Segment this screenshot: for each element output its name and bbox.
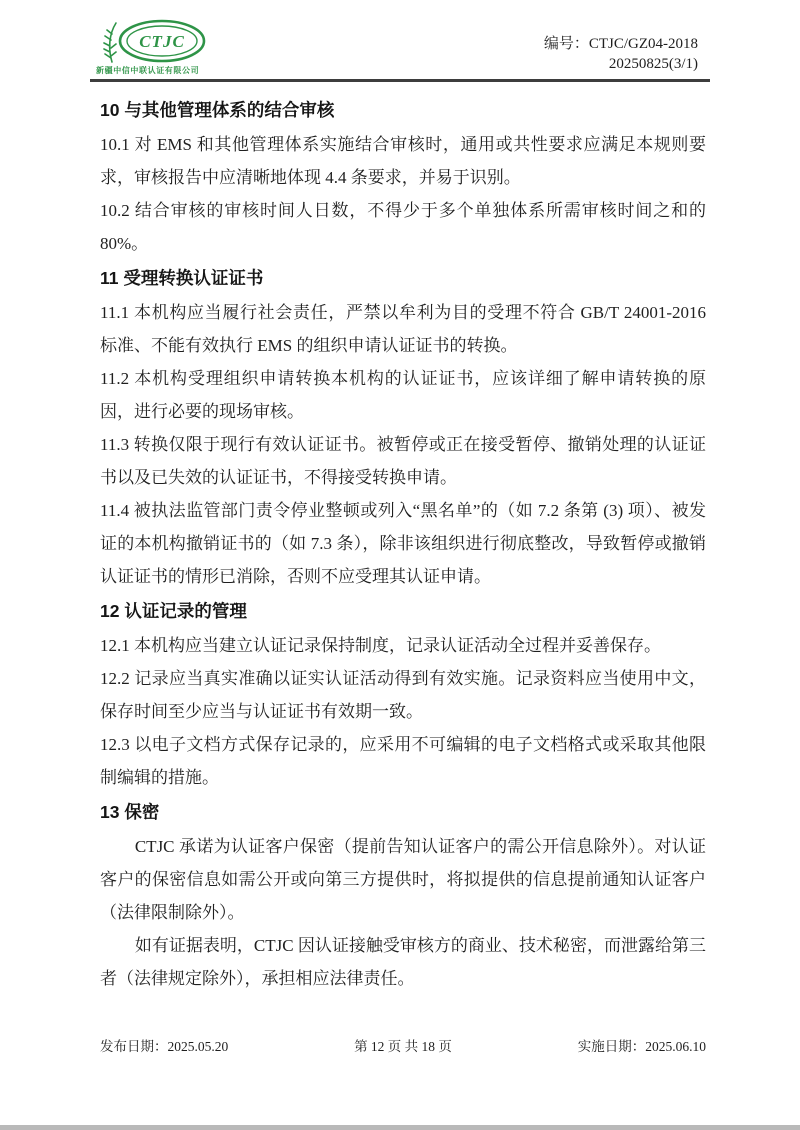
- paragraph-11-3: 11.3 转换仅限于现行有效认证证书。被暂停或正在接受暂停、撤销处理的认证证书以…: [100, 428, 706, 494]
- page-header: CTJC 新疆中信中联认证有限公司 编号：CTJC/GZ04-2018 2025…: [90, 0, 710, 82]
- ctjc-logo-icon: CTJC: [96, 18, 208, 64]
- paragraph-11-1: 11.1 本机构应当履行社会责任，严禁以牟利为目的受理不符合 GB/T 2400…: [100, 296, 706, 362]
- paragraph-12-1: 12.1 本机构应当建立认证记录保持制度，记录认证活动全过程并妥善保存。: [100, 629, 706, 662]
- paragraph-12-3: 12.3 以电子文档方式保存记录的，应采用不可编辑的电子文档格式或采取其他限制编…: [100, 728, 706, 794]
- paragraph-10-2: 10.2 结合审核的审核时间人日数，不得少于多个单独体系所需审核时间之和的 80…: [100, 194, 706, 260]
- section-heading-13: 13 保密: [100, 800, 706, 824]
- doc-codes: 编号：CTJC/GZ04-2018 20250825(3/1): [544, 34, 698, 74]
- company-name: 新疆中信中联认证有限公司: [96, 65, 212, 76]
- section-heading-12: 12 认证记录的管理: [100, 599, 706, 623]
- section-heading-11: 11 受理转换认证证书: [100, 266, 706, 290]
- implement-date: 实施日期：2025.06.10: [578, 1038, 706, 1056]
- page-bottom-edge: [0, 1125, 800, 1130]
- doc-version: 20250825(3/1): [544, 54, 698, 74]
- wheat-icon: [104, 23, 116, 62]
- page-number: 第 12 页 共 18 页: [354, 1038, 452, 1056]
- paragraph-12-2: 12.2 记录应当真实准确以证实认证活动得到有效实施。记录资料应当使用中文，保存…: [100, 662, 706, 728]
- paragraph-11-2: 11.2 本机构受理组织申请转换本机构的认证证书，应该详细了解申请转换的原因，进…: [100, 362, 706, 428]
- page-footer: 发布日期：2025.05.20 第 12 页 共 18 页 实施日期：2025.…: [100, 1038, 706, 1056]
- paragraph-13-1: CTJC 承诺为认证客户保密（提前告知认证客户的需公开信息除外）。对认证客户的保…: [100, 830, 706, 929]
- paragraph-10-1: 10.1 对 EMS 和其他管理体系实施结合审核时，通用或共性要求应满足本规则要…: [100, 128, 706, 194]
- release-date: 发布日期：2025.05.20: [100, 1038, 228, 1056]
- section-heading-10: 10 与其他管理体系的结合审核: [100, 98, 706, 122]
- paragraph-13-2: 如有证据表明，CTJC 因认证接触受审核方的商业、技术秘密，而泄露给第三者（法律…: [100, 929, 706, 995]
- doc-number: 编号：CTJC/GZ04-2018: [544, 34, 698, 54]
- document-page: CTJC 新疆中信中联认证有限公司 编号：CTJC/GZ04-2018 2025…: [0, 0, 800, 1130]
- company-logo: CTJC 新疆中信中联认证有限公司: [96, 18, 212, 76]
- logo-acronym: CTJC: [139, 32, 185, 51]
- paragraph-11-4: 11.4 被执法监管部门责令停业整顿或列入“黑名单”的（如 7.2 条第 (3)…: [100, 494, 706, 593]
- document-body: 10 与其他管理体系的结合审核 10.1 对 EMS 和其他管理体系实施结合审核…: [100, 92, 706, 995]
